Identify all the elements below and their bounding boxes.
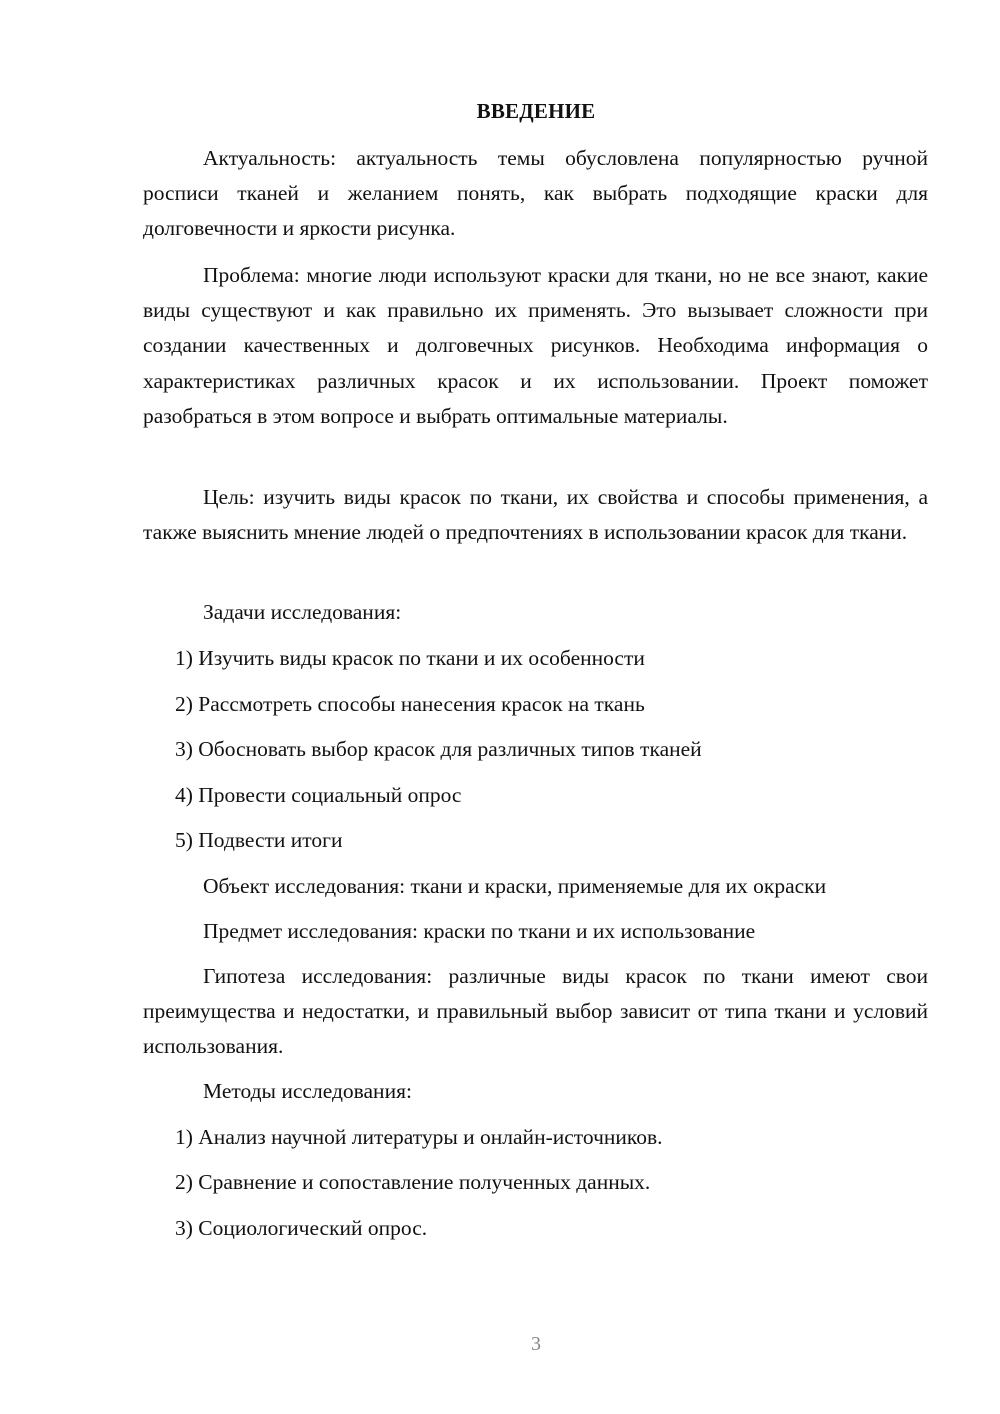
task-item: 3) Обосновать выбор красок для различных… — [175, 734, 702, 764]
goal-paragraph: Цель: изучить виды красок по ткани, их с… — [143, 480, 928, 550]
task-item: 4) Провести социальный опрос — [175, 780, 461, 810]
document-page: ВВЕДЕНИЕ Актуальность: актуальность темы… — [0, 0, 1000, 1414]
problem-paragraph: Проблема: многие люди используют краски … — [143, 258, 928, 434]
hypothesis-paragraph: Гипотеза исследования: различные виды кр… — [143, 959, 928, 1065]
task-item: 2) Рассмотреть способы нанесения красок … — [175, 689, 645, 719]
methods-title: Методы исследования: — [203, 1076, 412, 1106]
task-item: 1) Изучить виды красок по ткани и их осо… — [175, 643, 645, 673]
section-heading: ВВЕДЕНИЕ — [0, 96, 1000, 126]
relevance-paragraph: Актуальность: актуальность темы обусловл… — [143, 141, 928, 247]
method-item: 3) Социологический опрос. — [175, 1213, 427, 1243]
subject-line: Предмет исследования: краски по ткани и … — [203, 916, 755, 946]
method-item: 1) Анализ научной литературы и онлайн-ис… — [175, 1122, 663, 1152]
task-item: 5) Подвести итоги — [175, 825, 343, 855]
object-line: Объект исследования: ткани и краски, при… — [203, 871, 826, 901]
tasks-title: Задачи исследования: — [203, 597, 401, 627]
page-number: 3 — [0, 1333, 1000, 1356]
method-item: 2) Сравнение и сопоставление полученных … — [175, 1167, 650, 1197]
